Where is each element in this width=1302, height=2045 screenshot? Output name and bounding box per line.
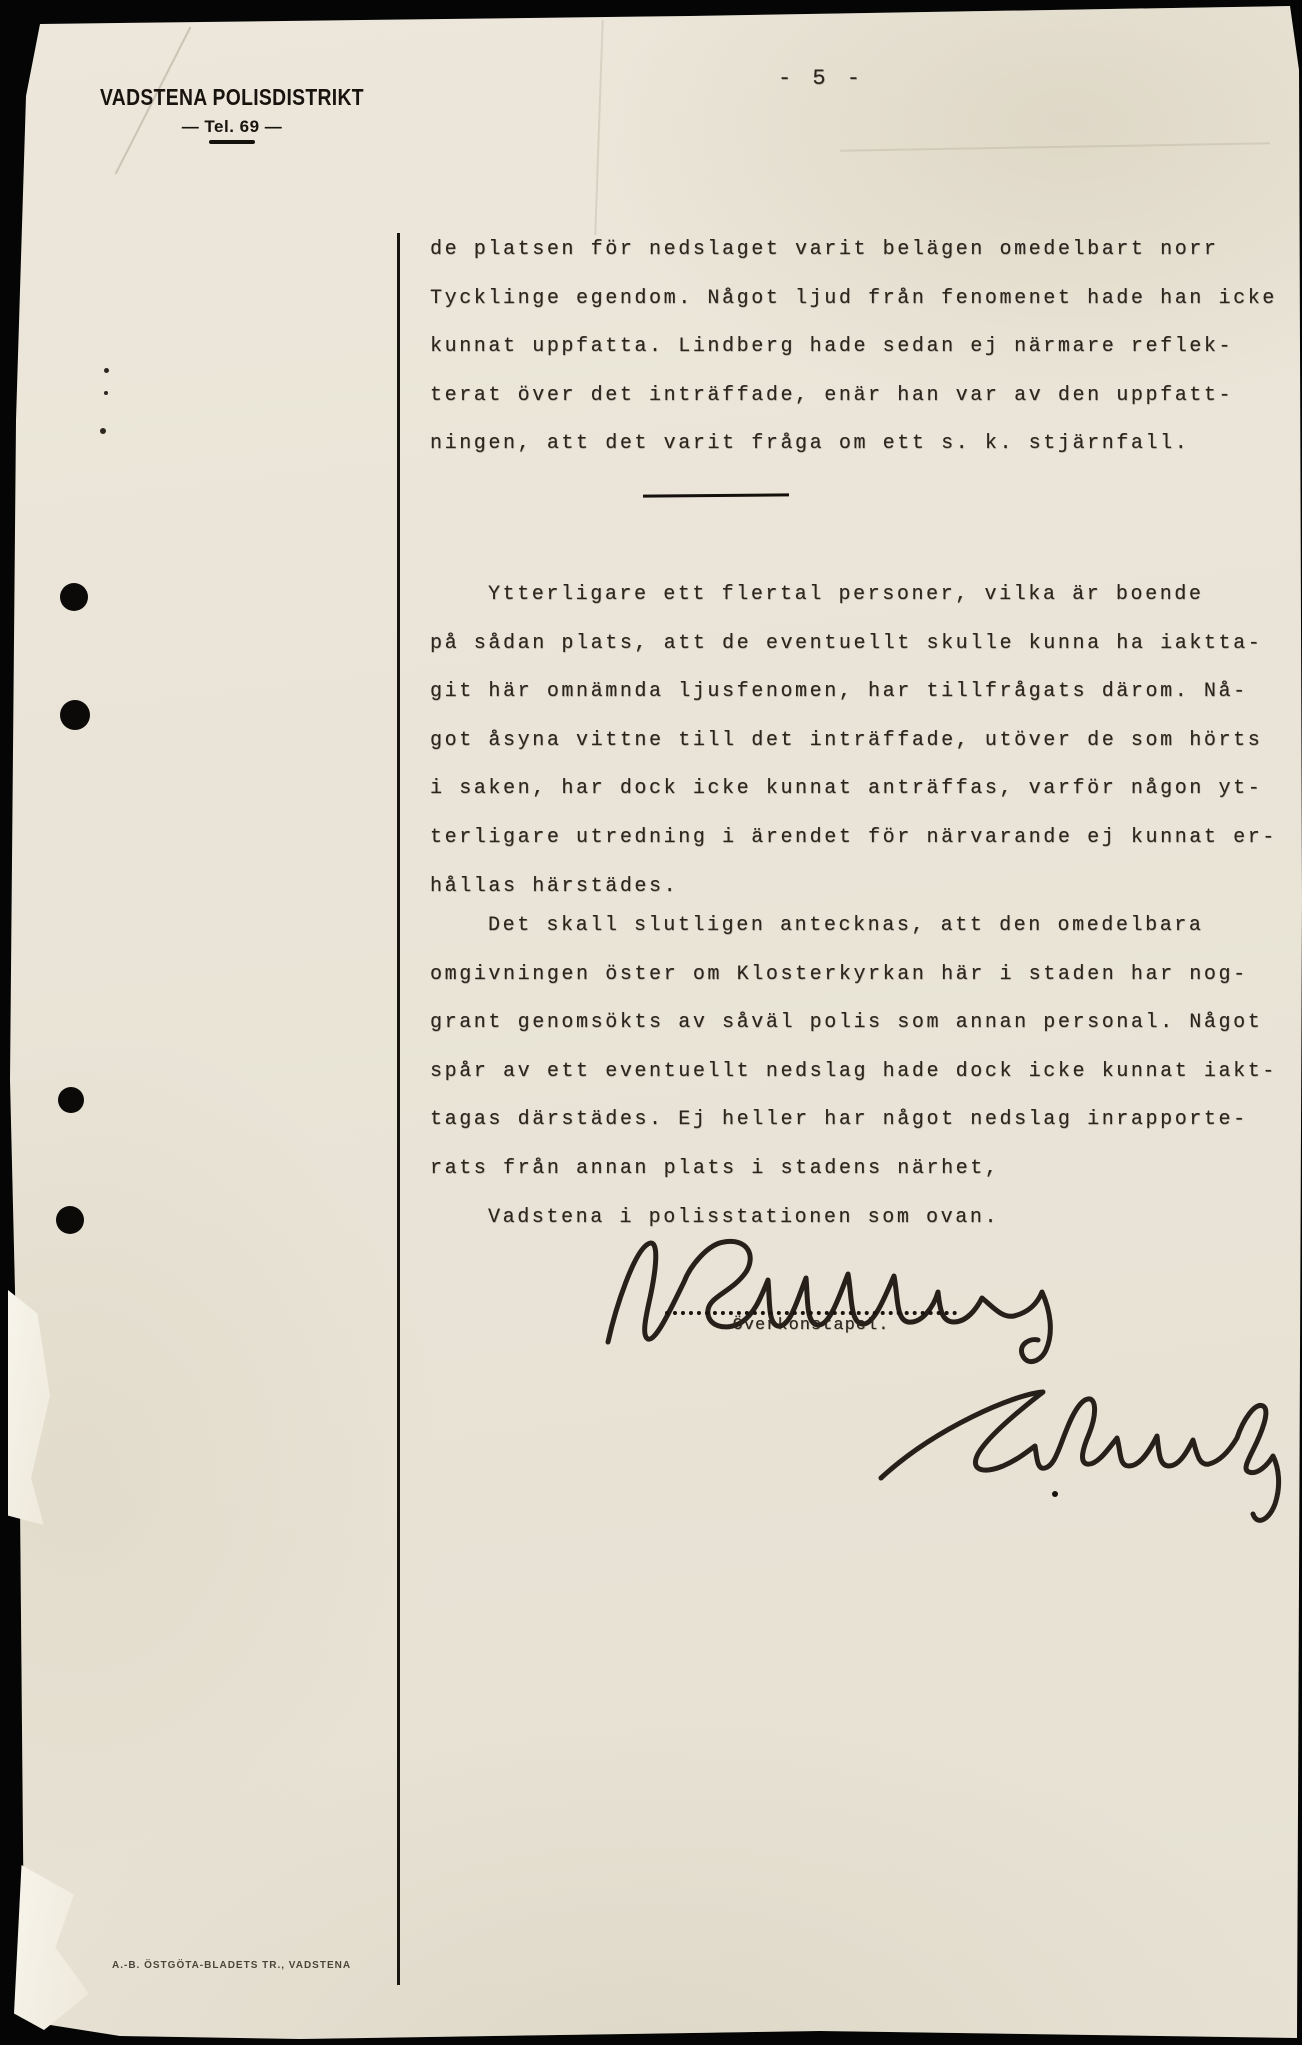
text-line: ningen, att det varit fråga om ett s. k.… [430, 420, 1277, 469]
stray-mark [100, 428, 106, 434]
punch-hole [58, 1087, 84, 1113]
text-line: Det skall slutligen antecknas, att den o… [430, 902, 1277, 951]
paragraph-3: Det skall slutligen antecknas, att den o… [430, 902, 1277, 1242]
text-line: kunnat uppfatta. Lindberg hade sedan ej … [430, 323, 1277, 372]
punch-hole [60, 583, 88, 611]
text-line: spår av ett eventuellt nedslag hade dock… [430, 1048, 1277, 1097]
paragraph-1: de platsen för nedslaget varit belägen o… [430, 226, 1277, 469]
letterhead: VADSTENA POLISDISTRIKT — Tel. 69 — [100, 84, 364, 144]
stray-mark [104, 368, 109, 373]
text-line: rats från annan plats i stadens närhet, [430, 1145, 1277, 1194]
text-line: Ytterligare ett flertal personer, vilka … [430, 571, 1277, 620]
text-line: terat över det inträffade, enär han var … [430, 372, 1277, 421]
letterhead-underline [209, 140, 255, 144]
margin-rule [397, 233, 400, 1985]
page-number: - 5 - [778, 66, 864, 91]
text-line: de platsen för nedslaget varit belägen o… [430, 226, 1277, 275]
paragraph-2: Ytterligare ett flertal personer, vilka … [430, 571, 1277, 911]
letterhead-org-name: VADSTENA POLISDISTRIKT [100, 84, 322, 111]
text-line: på sådan plats, att de eventuellt skulle… [430, 620, 1277, 669]
text-line: got åsyna vittne till det inträffade, ut… [430, 717, 1277, 766]
document-page: VADSTENA POLISDISTRIKT — Tel. 69 — - 5 -… [0, 0, 1302, 2045]
printer-imprint: A.-B. ÖSTGÖTA-BLADETS TR., VADSTENA [112, 1960, 351, 1971]
stray-mark [104, 391, 108, 395]
signature-title: Överkonstapel. [665, 1316, 957, 1335]
text-line: terligare utredning i ärendet för närvar… [430, 814, 1277, 863]
text-line: git här omnämnda ljusfenomen, har tillfr… [430, 668, 1277, 717]
text-line: grant genomsökts av såväl polis som anna… [430, 999, 1277, 1048]
letterhead-phone: — Tel. 69 — [100, 117, 364, 137]
text-line: i saken, har dock icke kunnat anträffas,… [430, 765, 1277, 814]
signature-handwriting-2 [865, 1378, 1285, 1538]
punch-hole [56, 1206, 84, 1234]
text-line: Tycklinge egendom. Något ljud från fenom… [430, 275, 1277, 324]
punch-hole [60, 700, 90, 730]
text-line: omgivningen öster om Klosterkyrkan här i… [430, 951, 1277, 1000]
text-line: tagas därstädes. Ej heller har något ned… [430, 1096, 1277, 1145]
signature-dotted-line [665, 1285, 957, 1315]
